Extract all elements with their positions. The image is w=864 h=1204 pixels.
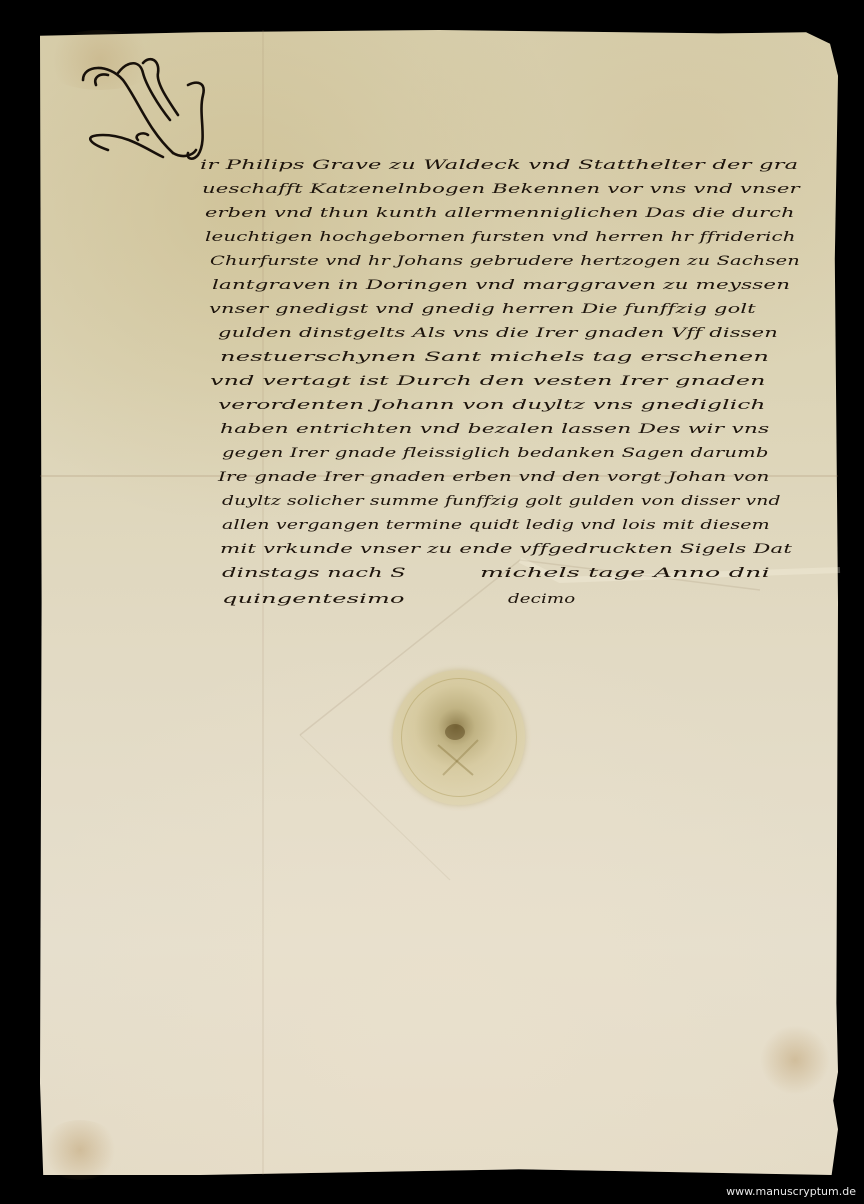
text-line: allen vergangen termine quidt ledig vnd … [222, 518, 770, 533]
text-line: quingentesimo [222, 592, 405, 607]
seal-impression-icon [393, 670, 525, 805]
letter-body: ir Philips Grave zu Waldeck vnd Statthel… [0, 0, 864, 1204]
text-line: vnser gnedigst vnd gnedig herren Die fun… [209, 302, 756, 317]
text-line: ueschafft Katzenelnbogen Bekennen vor vn… [202, 182, 800, 197]
text-line: lantgraven in Doringen vnd marggraven zu… [212, 278, 790, 293]
text-line: Churfurste vnd hr Johans gebrudere hertz… [210, 254, 800, 269]
text-line: leuchtigen hochgebornen fursten vnd herr… [205, 230, 796, 245]
text-line: duyltz solicher summe funffzig golt guld… [222, 494, 781, 509]
text-line: gulden dinstgelts Als vns die Irer gnade… [218, 326, 778, 341]
text-line: decimo [508, 592, 575, 607]
watermark-url: www.manuscryptum.de [726, 1185, 856, 1198]
text-line: mit vrkunde vnser zu ende vffgedruckten … [220, 542, 792, 557]
text-line: gegen Irer gnade fleissiglich bedanken S… [222, 446, 769, 461]
text-line: michels tage Anno dni [480, 566, 770, 581]
text-line: Ire gnade Irer gnaden erben vnd den vorg… [218, 470, 770, 485]
text-line: ir Philips Grave zu Waldeck vnd Statthel… [200, 158, 798, 173]
text-line: nestuerschynen Sant michels tag erschene… [220, 350, 769, 365]
text-line: vnd vertagt ist Durch den vesten Irer gn… [210, 374, 766, 389]
text-line: erben vnd thun kunth allermenniglichen D… [205, 206, 795, 221]
text-line: haben entrichten vnd bezalen lassen Des … [220, 422, 769, 437]
text-line: dinstags nach S [222, 566, 406, 581]
paper-seal [393, 670, 525, 805]
text-line: verordenten Johann von duyltz vns gnedig… [218, 398, 766, 413]
